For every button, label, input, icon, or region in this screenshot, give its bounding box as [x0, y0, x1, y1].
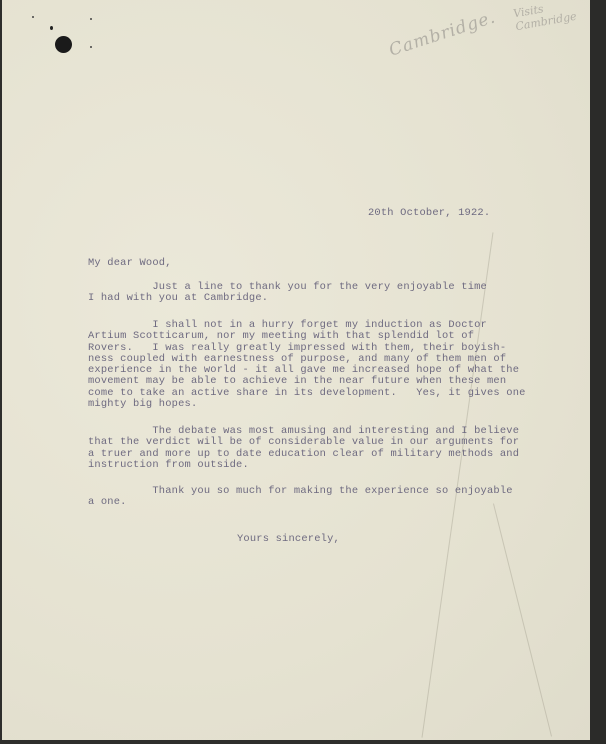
handwritten-note-right: Visits Cambridge [512, 0, 577, 33]
letter-date: 20th October, 1922. [368, 208, 490, 219]
paper-crease [493, 503, 552, 736]
paragraph-2: I shall not in a hurry forget my inducti… [88, 320, 526, 410]
letter-closing: Yours sincerely, [237, 534, 340, 545]
text-line: a one. [88, 497, 513, 508]
letter-page: Cambridge. Visits Cambridge 20th October… [2, 0, 590, 740]
ink-speck [50, 26, 53, 30]
punch-hole [55, 36, 72, 53]
ink-speck [90, 46, 92, 48]
text-line: Artium Scotticarum, nor my meeting with … [88, 331, 526, 342]
ink-speck [90, 18, 92, 20]
text-line: mighty big hopes. [88, 399, 526, 410]
text-line: Thank you so much for making the experie… [88, 486, 513, 497]
paragraph-1: Just a line to thank you for the very en… [88, 282, 487, 305]
handwritten-note-left: Cambridge. [387, 7, 499, 60]
paragraph-3: The debate was most amusing and interest… [88, 426, 519, 471]
letter-salutation: My dear Wood, [88, 258, 172, 269]
ink-speck [32, 16, 34, 18]
scan-border [590, 0, 606, 744]
paragraph-4: Thank you so much for making the experie… [88, 486, 513, 509]
text-line: I had with you at Cambridge. [88, 293, 487, 304]
text-line: instruction from outside. [88, 460, 519, 471]
text-line: that the verdict will be of considerable… [88, 437, 519, 448]
